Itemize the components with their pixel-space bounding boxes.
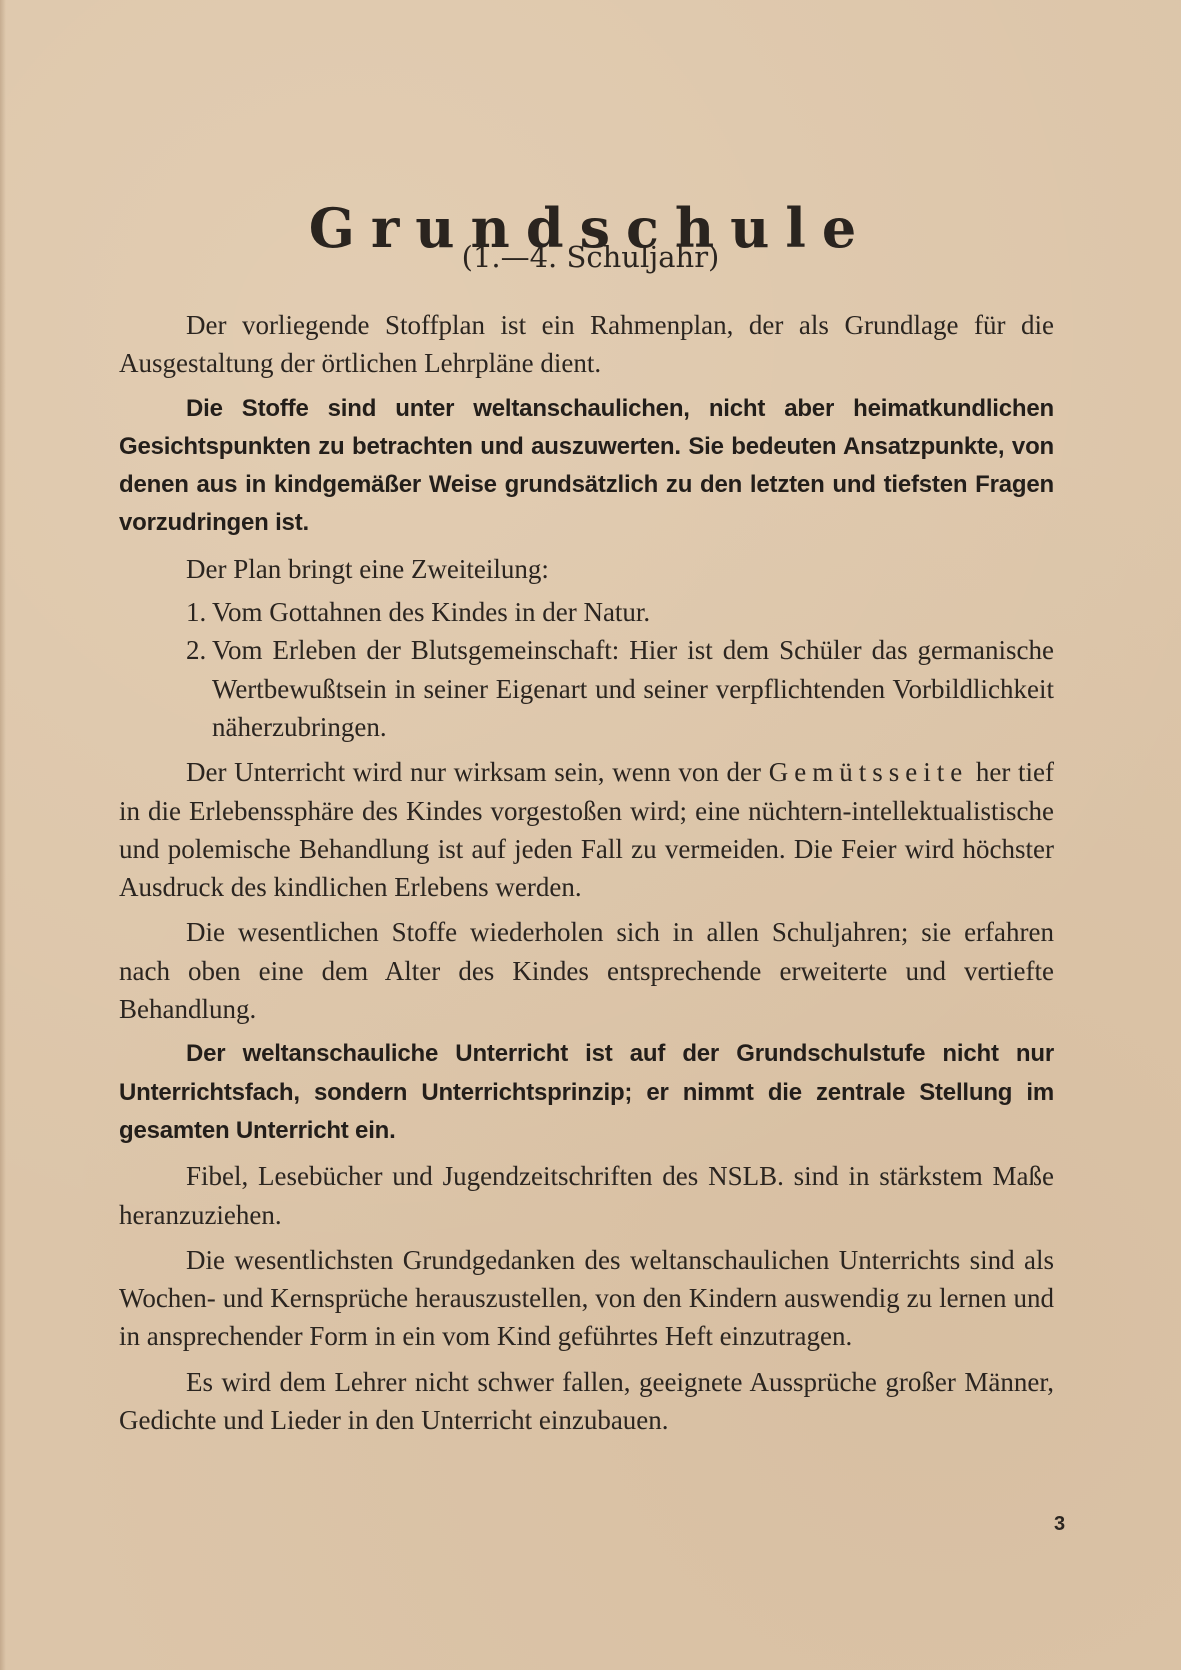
page-subtitle: (1.—4. Schuljahr) <box>0 240 1181 274</box>
paragraph-stoffe-bold: Die Stoffe sind unter weltanschaulichen,… <box>119 390 1054 543</box>
emphasized-word: Gemütsseite <box>769 757 968 787</box>
list-item-number: 2. <box>186 631 206 669</box>
list-item-text: Vom Gottahnen des Kindes in der Natur. <box>212 597 650 627</box>
page-number: 3 <box>1054 1513 1065 1536</box>
paragraph-wesentliche-stoffe: Die wesentlichen Stoffe wiederholen sich… <box>119 913 1054 1028</box>
text-segment: Der Unterricht wird nur wirksam sein, we… <box>186 757 769 787</box>
list-item-text: Vom Erleben der Blutsgemeinschaft: Hier … <box>212 635 1054 742</box>
paragraph-grundgedanken: Die wesentlichsten Grundgedanken des wel… <box>119 1241 1054 1356</box>
paragraph-rahmenplan: Der vorliegende Stoffplan ist ein Rahmen… <box>119 306 1054 383</box>
paragraph-unterricht-wirksam: Der Unterricht wird nur wirksam sein, we… <box>119 753 1054 906</box>
scanned-page: Grundschule (1.—4. Schuljahr) Der vorlie… <box>0 0 1181 1670</box>
body-text: Der vorliegende Stoffplan ist ein Rahmen… <box>119 306 1054 1446</box>
list-item: 1. Vom Gottahnen des Kindes in der Natur… <box>119 593 1054 631</box>
paragraph-unterrichtsprinzip-bold: Der weltanschauliche Unterricht ist auf … <box>119 1035 1054 1150</box>
paragraph-aussprueche: Es wird dem Lehrer nicht schwer fallen, … <box>119 1363 1054 1440</box>
paragraph-zweiteilung: Der Plan bringt eine Zweiteilung: <box>119 550 1054 588</box>
list-item: 2. Vom Erleben der Blutsgemeinschaft: Hi… <box>119 631 1054 746</box>
zweiteilung-list: 1. Vom Gottahnen des Kindes in der Natur… <box>119 593 1054 746</box>
paragraph-fibel: Fibel, Lesebücher und Jugendzeitschrifte… <box>119 1157 1054 1234</box>
list-item-number: 1. <box>186 593 206 631</box>
